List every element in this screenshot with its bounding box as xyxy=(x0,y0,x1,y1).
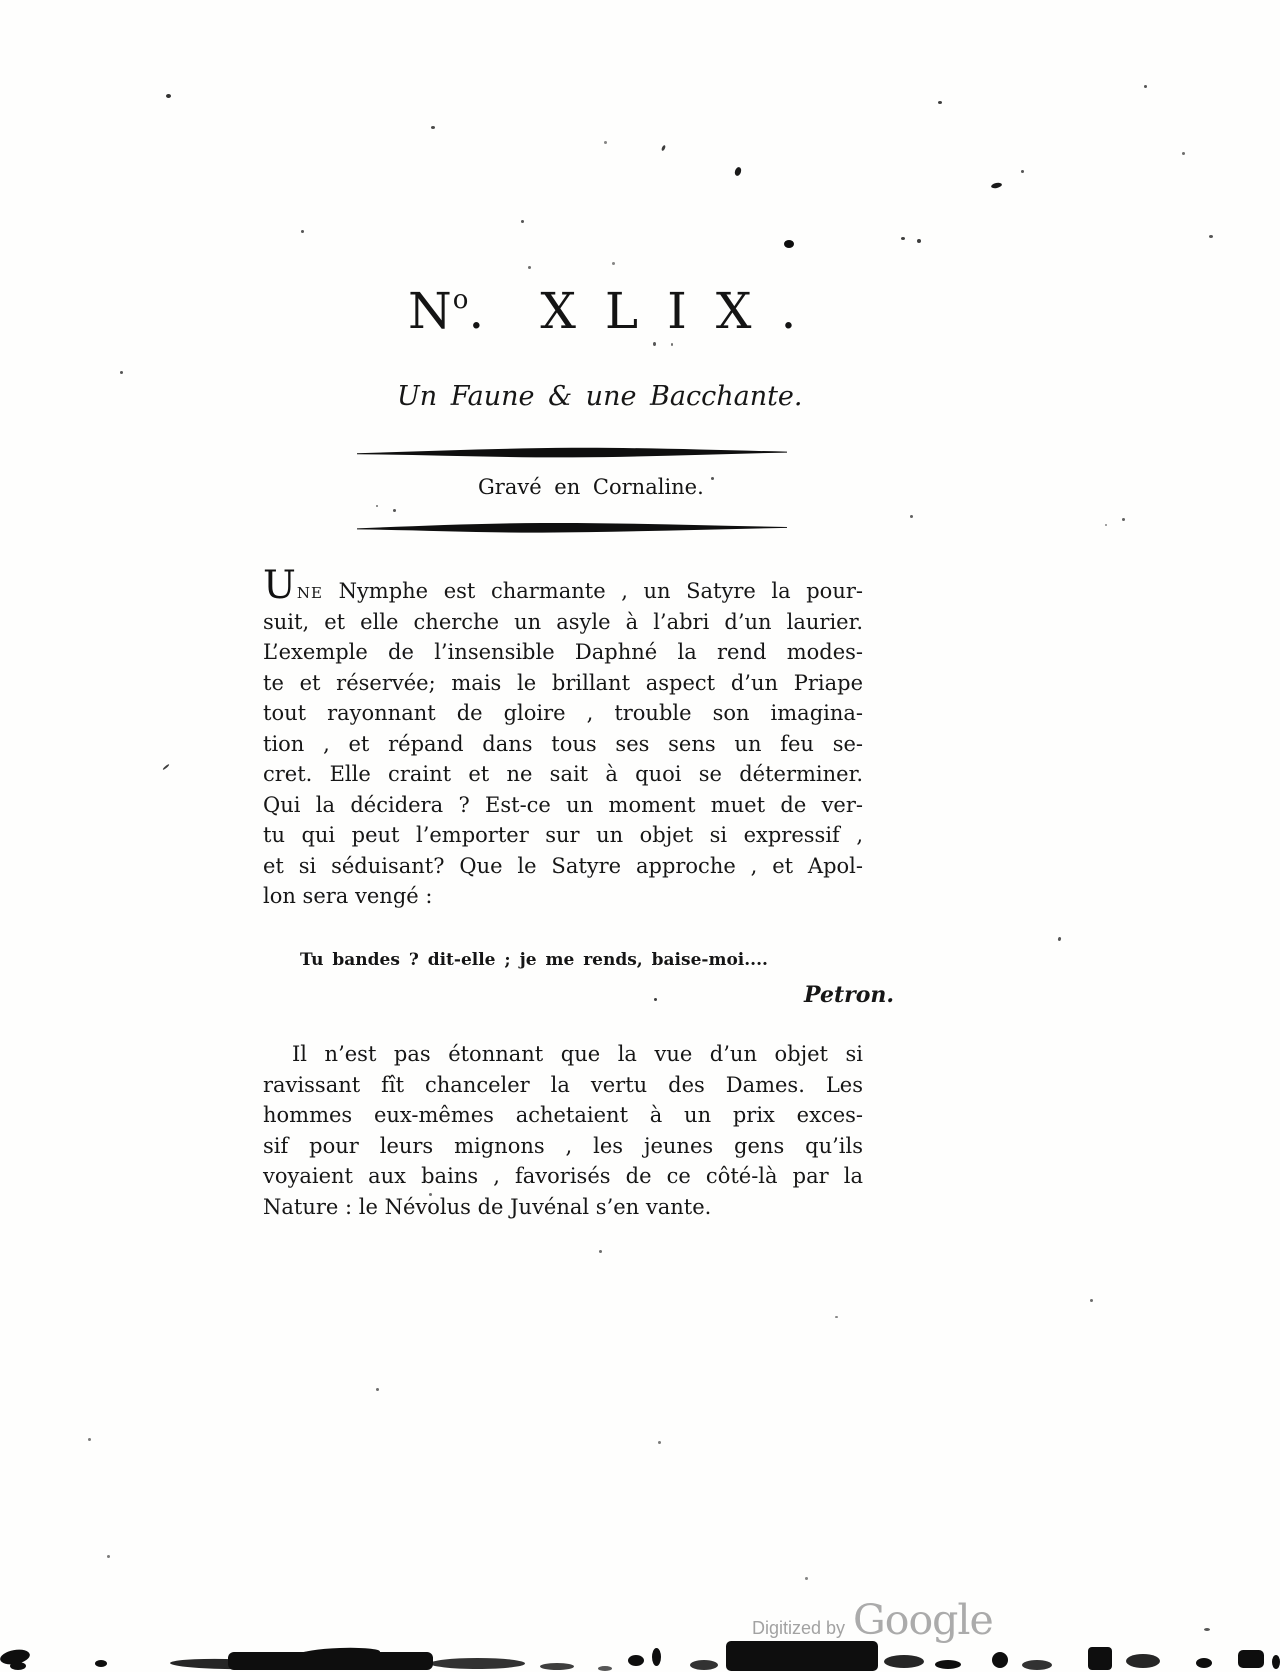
text-line: UNE Nymphe est charmante , un Satyre la … xyxy=(263,576,863,607)
scan-artifact xyxy=(393,509,396,512)
google-logo: Google xyxy=(853,1596,993,1644)
text-line: voyaient aux bains , favorisés de ce côt… xyxy=(263,1161,863,1192)
small-caps: NE xyxy=(297,584,323,602)
text-line: et si séduisant? Que le Satyre approche … xyxy=(263,851,863,882)
plate-number-ordinal: o xyxy=(453,285,469,315)
scan-artifact xyxy=(734,166,742,176)
scan-artifact xyxy=(1022,1660,1052,1670)
scan-artifact xyxy=(228,1652,433,1670)
scan-artifact xyxy=(1021,170,1024,173)
text-line: tout rayonnant de gloire , trouble son i… xyxy=(263,698,863,729)
scan-artifact xyxy=(1122,518,1125,521)
scan-artifact xyxy=(162,764,169,771)
plate-number-title: No.XLIX. xyxy=(408,283,825,348)
scan-artifact xyxy=(917,239,921,243)
text-line: ravissant fît chanceler la vertu des Dam… xyxy=(263,1070,863,1101)
quotation: Tu bandes ? dit-elle ; je me rends, bais… xyxy=(300,948,768,972)
text-line: lon sera vengé : xyxy=(263,881,863,912)
text-line: hommes eux-mêmes achetaient à un prix ex… xyxy=(263,1100,863,1131)
scan-artifact xyxy=(107,1555,110,1558)
scan-artifact xyxy=(521,220,524,223)
text-line: cret. Elle craint et ne sait à quoi se d… xyxy=(263,759,863,790)
scan-artifact xyxy=(376,1388,379,1391)
engraving-note: Gravé en Cornaline. xyxy=(478,474,704,500)
scan-artifact xyxy=(1238,1650,1264,1668)
scan-artifact xyxy=(652,1648,661,1666)
scan-artifact xyxy=(690,1660,718,1670)
scan-artifact xyxy=(1058,937,1062,942)
paragraph-1: UNE Nymphe est charmante , un Satyre la … xyxy=(263,576,863,912)
scan-artifact xyxy=(654,998,657,1001)
scan-artifact xyxy=(300,1647,380,1660)
text-line: suit, et elle cherche un asyle à l’abri … xyxy=(263,607,863,638)
scan-artifact xyxy=(599,1250,602,1253)
scan-artifact xyxy=(430,1658,525,1669)
scan-artifact xyxy=(658,1441,661,1444)
scan-artifact xyxy=(1105,524,1107,526)
scan-artifact xyxy=(938,101,942,104)
scan-artifact xyxy=(120,371,123,374)
swelled-rule-divider-top xyxy=(357,446,787,460)
scan-artifact xyxy=(991,182,1003,189)
scan-artifact xyxy=(604,141,607,144)
plate-number-n: N xyxy=(408,282,452,340)
scan-artifact xyxy=(935,1660,961,1669)
scan-artifact xyxy=(301,230,304,233)
scan-artifact xyxy=(1182,152,1185,155)
scan-artifact xyxy=(431,126,435,129)
scan-artifact xyxy=(711,477,714,480)
drop-initial: U xyxy=(263,563,297,608)
text-line: tion , et répand dans tous ses sens un f… xyxy=(263,729,863,760)
scan-artifact xyxy=(726,1641,878,1671)
scan-artifact xyxy=(835,1316,838,1318)
scan-artifact xyxy=(376,505,378,507)
digitized-by-label: Digitized by xyxy=(752,1618,845,1639)
scan-artifact xyxy=(784,240,794,248)
swelled-rule-divider-bottom xyxy=(357,521,787,535)
scan-artifact xyxy=(528,266,531,269)
text-line: Il n’est pas étonnant que la vue d’un ob… xyxy=(263,1039,863,1070)
scan-artifact xyxy=(901,237,905,240)
text-line: sif pour leurs mignons , les jeunes gens… xyxy=(263,1131,863,1162)
text-line: Qui la décidera ? Est-ce un moment muet … xyxy=(263,790,863,821)
scan-artifact xyxy=(1204,1628,1210,1631)
scanned-book-page: No.XLIX. Un Faune & une Bacchante. Gravé… xyxy=(0,0,1280,1672)
scan-artifact xyxy=(1088,1647,1112,1670)
scan-artifact xyxy=(612,262,615,265)
scan-artifact xyxy=(10,1662,26,1670)
plate-number-dot: . xyxy=(468,282,484,340)
scan-artifact xyxy=(1090,1299,1093,1302)
scan-artifact xyxy=(1144,85,1147,88)
text-line: Nature : le Névolus de Juvénal s’en vant… xyxy=(263,1192,863,1223)
scan-artifact xyxy=(1196,1658,1212,1668)
swelled-rule-icon xyxy=(357,446,787,460)
text-line: L’exemple de l’insensible Daphné la rend… xyxy=(263,637,863,668)
scan-artifact xyxy=(1209,235,1213,238)
plate-subtitle: Un Faune & une Bacchante. xyxy=(397,380,803,414)
plate-number-numeral: XLIX. xyxy=(540,282,825,340)
scan-artifact xyxy=(540,1663,574,1670)
scan-artifact xyxy=(884,1655,924,1668)
first-line-text: Nymphe est charmante , un Satyre la pour… xyxy=(339,579,863,603)
scan-artifact xyxy=(1272,1655,1280,1669)
scan-artifact xyxy=(166,94,171,98)
scan-artifact xyxy=(992,1652,1008,1668)
scan-artifact xyxy=(170,1658,280,1670)
scan-artifact xyxy=(910,515,913,518)
scan-artifact xyxy=(0,1648,31,1667)
scan-artifact xyxy=(661,145,666,152)
scan-artifact xyxy=(1126,1654,1160,1668)
scan-artifact xyxy=(95,1660,107,1667)
google-watermark: Digitized by Google xyxy=(752,1596,993,1644)
scan-artifact xyxy=(88,1438,91,1441)
scan-artifact xyxy=(598,1666,612,1671)
text-line: te et réservée; mais le brillant aspect … xyxy=(263,668,863,699)
quotation-attribution: Petron. xyxy=(804,982,894,1009)
text-line: tu qui peut l’emporter sur un objet si e… xyxy=(263,820,863,851)
scan-artifact xyxy=(628,1655,644,1666)
swelled-rule-icon xyxy=(357,521,787,535)
scan-artifact xyxy=(805,1577,808,1580)
paragraph-2: Il n’est pas étonnant que la vue d’un ob… xyxy=(263,1039,863,1222)
